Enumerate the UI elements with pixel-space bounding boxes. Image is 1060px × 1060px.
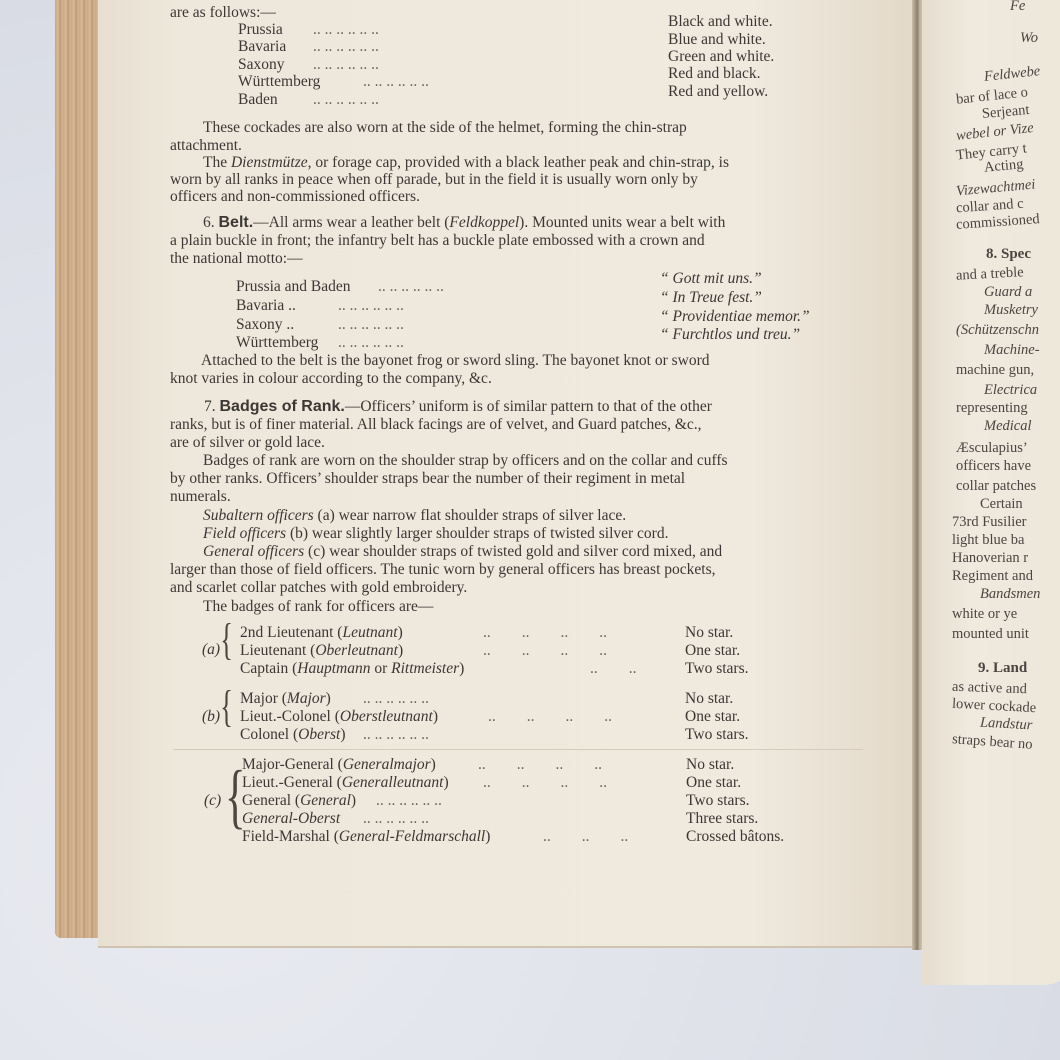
- brace-icon: {: [220, 685, 233, 729]
- section-number: 7.: [204, 398, 216, 415]
- right-text: white or ye: [952, 606, 1017, 623]
- cockade-paragraph-end: attachment.: [170, 137, 242, 154]
- dot-leader: .. .. .. .. .. ..: [313, 56, 379, 73]
- cockade-state: Württemberg: [238, 73, 320, 90]
- text: —All arms wear a leather belt (: [253, 214, 449, 231]
- right-text: Serjeant: [981, 102, 1030, 123]
- term: Field officers: [203, 525, 286, 542]
- motto: “ Furchtlos und treu.”: [660, 326, 800, 343]
- rank-line: larger than those of field officers. The…: [170, 561, 715, 578]
- text: (a) wear narrow flat shoulder straps of …: [314, 507, 626, 524]
- rank-row: Lieut.-Colonel (Oberstleutnant): [240, 708, 438, 725]
- general-officers-line: General officers (c) wear shoulder strap…: [203, 543, 722, 560]
- cockade-colours: Red and black.: [668, 65, 761, 82]
- rank-line: by other ranks. Officers’ shoulder strap…: [170, 470, 685, 487]
- belt-line: the national motto:—: [170, 250, 303, 267]
- cap-paragraph-line: The Dienstmütze, or forage cap, provided…: [203, 154, 729, 171]
- divider: [173, 749, 863, 750]
- intro-line: are as follows:—: [170, 4, 276, 21]
- rank-heading-line: 7. Badges of Rank.—Officers’ uniform is …: [204, 398, 712, 415]
- rank-row: Major-General (Generalmajor): [242, 756, 436, 773]
- rank-line: numerals.: [170, 488, 231, 505]
- group-label: (b): [202, 708, 220, 725]
- cockade-colours: Red and yellow.: [668, 83, 768, 100]
- right-text: and a treble: [956, 264, 1024, 285]
- group-label: (c): [204, 792, 221, 809]
- motto-state: Bavaria ..: [236, 297, 296, 314]
- right-text: Guard a: [984, 284, 1032, 301]
- right-text: Feldwebe: [983, 63, 1041, 86]
- dot-leader: .. .. .. .. .. ..: [313, 21, 379, 38]
- motto-state: Prussia and Baden: [236, 278, 351, 295]
- cockade-colours: Green and white.: [668, 48, 774, 65]
- belt-after-line: knot varies in colour according to the c…: [170, 370, 492, 387]
- right-text: light blue ba: [952, 532, 1025, 549]
- right-text: Wo: [1020, 30, 1038, 47]
- text: The: [203, 154, 231, 171]
- cap-paragraph-line: worn by all ranks in peace when off para…: [170, 171, 698, 188]
- rank-line: are of silver or gold lace.: [170, 434, 325, 451]
- right-text: Landstur: [980, 715, 1033, 735]
- dot-leader: .. .. .. .. .. ..: [363, 810, 429, 827]
- right-text: as active and: [952, 679, 1027, 699]
- dot-leader: .. .. ..: [543, 828, 628, 845]
- section-heading: Belt.: [219, 214, 254, 231]
- right-text: lower cockade: [952, 696, 1037, 717]
- dot-leader: .. .. .. .. .. ..: [338, 316, 404, 333]
- right-text: Musketry: [984, 302, 1038, 319]
- dot-leader: .. .. .. .. .. ..: [313, 91, 379, 108]
- field-officers-line: Field officers (b) wear slightly larger …: [203, 525, 668, 542]
- right-text: collar patches: [956, 478, 1036, 495]
- cockade-colours: Black and white.: [668, 13, 773, 30]
- dot-leader: .. .. .. ..: [488, 708, 612, 725]
- dot-leader: .. .. .. .. .. ..: [313, 38, 379, 55]
- rank-row: Major (Major): [240, 690, 331, 707]
- dot-leader: .. .. .. ..: [478, 756, 602, 773]
- right-text: Machine-: [984, 342, 1040, 359]
- dot-leader: .. .. .. .. .. ..: [378, 278, 444, 295]
- motto-state: Württemberg: [236, 334, 318, 351]
- term: Subaltern officers: [203, 507, 314, 524]
- right-text: Hanoverian r: [952, 550, 1028, 567]
- dot-leader: .. .. .. .. .. ..: [376, 792, 442, 809]
- dot-leader: .. .. .. .. .. ..: [363, 73, 429, 90]
- right-page: Fe Wo Feldwebe bar of lace o Serjeant we…: [922, 0, 1060, 985]
- rank-badge: No star.: [686, 756, 734, 773]
- cockade-state: Prussia: [238, 21, 283, 38]
- rank-line: Badges of rank are worn on the shoulder …: [203, 452, 728, 469]
- right-text: straps bear no: [952, 731, 1034, 754]
- rank-badge: Three stars.: [686, 810, 758, 827]
- rank-line: and scarlet collar patches with gold emb…: [170, 579, 467, 596]
- rank-badge: Two stars.: [685, 660, 749, 677]
- german-term: Dienstmütze: [231, 154, 308, 171]
- right-text: Certain: [980, 496, 1023, 513]
- motto: “ Providentiae memor.”: [660, 308, 810, 325]
- cap-paragraph-line: officers and non-commissioned officers.: [170, 188, 420, 205]
- section-heading: Badges of Rank.: [220, 398, 345, 415]
- rank-row: Lieutenant (Oberleutnant): [240, 642, 403, 659]
- german-term: Feldkoppel: [449, 214, 519, 231]
- rank-badge: Two stars.: [685, 726, 749, 743]
- rank-row: Captain (Hauptmann or Rittmeister): [240, 660, 464, 677]
- rank-badge: No star.: [685, 690, 733, 707]
- motto: “ In Treue fest.”: [660, 289, 762, 306]
- rank-badge: No star.: [685, 624, 733, 641]
- left-page: are as follows:— Prussia .. .. .. .. .. …: [98, 0, 916, 948]
- right-heading: 8. Spec: [986, 246, 1031, 263]
- rank-table-intro: The badges of rank for officers are—: [203, 598, 433, 615]
- rank-row: 2nd Lieutenant (Leutnant): [240, 624, 403, 641]
- dot-leader: .. .. .. .. .. ..: [363, 726, 429, 743]
- motto: “ Gott mit uns.”: [660, 270, 762, 287]
- rank-badge: Two stars.: [686, 792, 750, 809]
- text: (c) wear shoulder straps of twisted gold…: [304, 543, 722, 560]
- rank-line: ranks, but is of finer material. All bla…: [170, 416, 702, 433]
- rank-row: Field-Marshal (General-Feldmarschall): [242, 828, 490, 845]
- text: ). Mounted units wear a belt with: [519, 214, 725, 231]
- right-text: (Schützenschn: [956, 322, 1039, 339]
- belt-after-line: Attached to the belt is the bayonet frog…: [201, 352, 710, 369]
- cockade-state: Bavaria: [238, 38, 286, 55]
- dot-leader: .. .. .. ..: [483, 624, 607, 641]
- right-text: 73rd Fusilier: [952, 514, 1027, 531]
- dot-leader: .. ..: [590, 660, 637, 677]
- right-text: representing: [956, 400, 1028, 417]
- rank-badge: Crossed bâtons.: [686, 828, 784, 845]
- right-text: Medical: [984, 418, 1032, 435]
- text: (b) wear slightly larger shoulder straps…: [286, 525, 668, 542]
- right-text: Electrica: [984, 382, 1037, 399]
- right-text: mounted unit: [952, 626, 1029, 643]
- dot-leader: .. .. .. .. .. ..: [338, 297, 404, 314]
- right-text: machine gun,: [956, 362, 1034, 379]
- right-text: Bandsmen: [980, 586, 1040, 603]
- dot-leader: .. .. .. .. .. ..: [363, 690, 429, 707]
- belt-line: a plain buckle in front; the infantry be…: [170, 232, 705, 249]
- rank-row: General (General): [242, 792, 356, 809]
- cockade-state: Saxony: [238, 56, 285, 73]
- term: General officers: [203, 543, 304, 560]
- rank-row: Lieut.-General (Generalleutnant): [242, 774, 449, 791]
- rank-badge: One star.: [685, 708, 740, 725]
- dot-leader: .. .. .. ..: [483, 642, 607, 659]
- cockade-state: Baden: [238, 91, 278, 108]
- text: —Officers’ uniform is of similar pattern…: [345, 398, 712, 415]
- rank-row: General-Oberst: [242, 810, 340, 827]
- rank-badge: One star.: [686, 774, 741, 791]
- section-number: 6.: [203, 214, 215, 231]
- dot-leader: .. .. .. ..: [483, 774, 607, 791]
- belt-heading-line: 6. Belt.—All arms wear a leather belt (F…: [203, 214, 725, 231]
- cockade-paragraph: These cockades are also worn at the side…: [203, 119, 687, 136]
- rank-badge: One star.: [685, 642, 740, 659]
- right-text: Fe: [1010, 0, 1025, 15]
- rank-row: Colonel (Oberst): [240, 726, 346, 743]
- motto-state: Saxony ..: [236, 316, 294, 333]
- brace-icon: {: [220, 618, 233, 662]
- dot-leader: .. .. .. .. .. ..: [338, 334, 404, 351]
- right-text: officers have: [956, 458, 1031, 475]
- cockade-colours: Blue and white.: [668, 31, 766, 48]
- subaltern-line: Subaltern officers (a) wear narrow flat …: [203, 507, 626, 524]
- text: , or forage cap, provided with a black l…: [308, 154, 729, 171]
- group-label: (a): [202, 641, 220, 658]
- right-text: Æsculapius’: [956, 440, 1028, 457]
- right-text: Acting: [983, 156, 1024, 176]
- right-text: Regiment and: [952, 568, 1033, 585]
- right-heading: 9. Land: [978, 660, 1027, 677]
